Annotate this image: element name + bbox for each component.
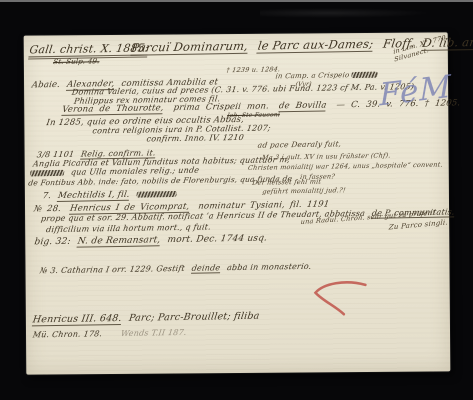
manuscript-line: big. 32: N. de Remansart, mort. Dec. 174… [34,233,268,247]
manuscript-line: Henricus III. 648. Parc; Parc-Brouillet;… [32,311,260,326]
ink-scribble [351,72,378,78]
header-reference-struck: St. Sulp. 49. [53,57,100,66]
line19-pencil-ref: Wends T.II 187. [120,328,187,338]
scanner-smudge [260,8,430,18]
line17-a: № 3. Catharina I orr. 1229. Gestift [39,264,185,275]
manuscript-line: 7. Mechtildis I, fil. [42,189,177,201]
title-latin: Parcuï Dominarum, [130,39,249,56]
scanned-document-page: { "colors": { "background": "#070709", "… [0,0,473,400]
manuscript-content: Gall. christ. X. 1885: St. Sulp. 49. Par… [22,31,452,377]
camp-note: in Camp. a Crispeio [275,71,378,81]
title-french: le Parc aux-Dames; [257,37,375,54]
line17-c: abba in monasterio. [226,262,312,272]
line18-ref: Henricus III. 648. [32,313,123,327]
line4-place: de Bovilla [278,100,327,112]
red-pencil-check-mark [309,279,374,322]
manuscript-line: № 3. Catharina I orr. 1229. Gestift dein… [39,262,312,276]
margin-note: Der heisset fehl mit [252,178,322,187]
line17-b: deinde [191,263,221,273]
manuscript-paper: Gall. christ. X. 1885: St. Sulp. 49. Par… [24,32,451,374]
line1-margin: Abaie. [31,80,61,90]
scanner-edge-line [0,0,473,2]
margin-note: Zu Parco singli. [388,218,448,231]
line4-name: Verona de Thourotte, [61,103,164,116]
line19-ink: Mü. Chron. 178. [32,329,103,339]
line12-name: Mechtildis I, fil. [57,190,130,202]
manuscript-line: difficilium via illa hortum mort., q fui… [45,222,211,234]
ink-scribble [136,191,177,198]
line13-margin: № 28. [33,204,62,214]
line12-num: 7. [42,191,52,201]
manuscript-line: confirm. Inno. IV. 1210 [146,133,245,144]
margin-note: ad pace Dearaly fuit, [257,139,342,149]
line16-rest: mort. Dec. 1744 usq. [167,233,268,245]
line16-name: N. de Remansart, [77,235,161,247]
line18-rest: Parc; Parc-Brouillet; filiba [128,311,260,324]
line16-margin: big. 32: [34,237,72,248]
manuscript-line: Mü. Chron. 178. Wends T.II 187. [32,328,187,340]
camp-note-text: in Camp. a Crispeio [275,71,350,80]
date-note: † 1239 u. 1284. [226,65,281,74]
ink-scribble [30,170,65,177]
margin-note: geführt monialitij jud.?! [262,186,346,195]
